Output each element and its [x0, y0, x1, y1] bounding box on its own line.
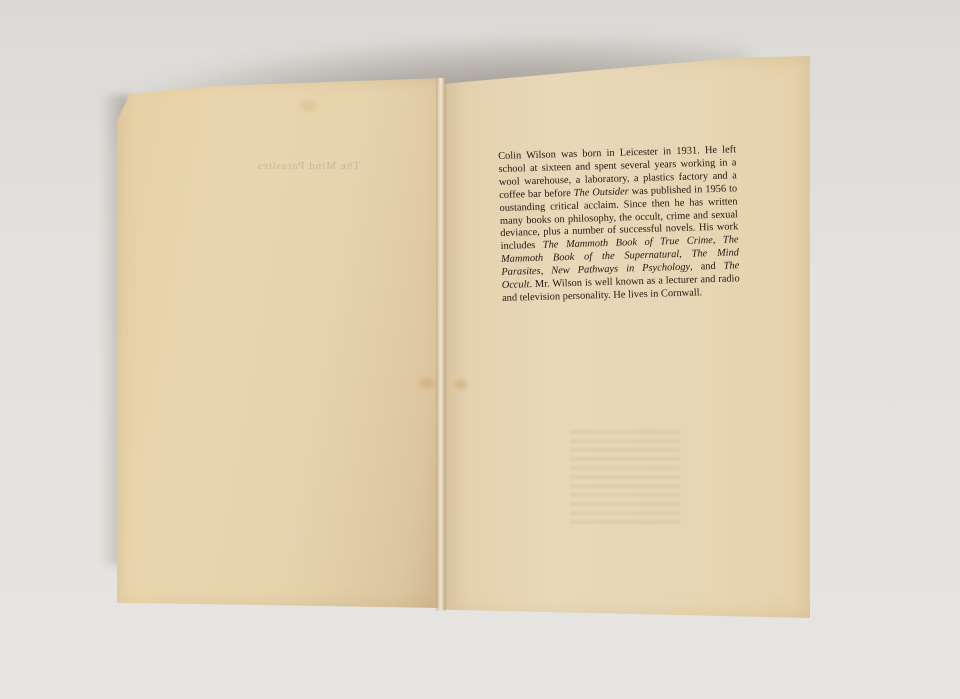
- show-through-title: The Mind Parasites: [210, 160, 360, 172]
- foxing-stain: [300, 100, 318, 112]
- show-through-text-block: [570, 430, 680, 525]
- book-spine-crease: [436, 78, 446, 611]
- bio-text: , and: [690, 261, 724, 273]
- bio-text: ,: [540, 266, 551, 277]
- bio-text: ,: [679, 249, 692, 260]
- bio-text: . Mr. Wilson is well known as a lecturer…: [502, 273, 740, 304]
- right-page: [440, 56, 810, 618]
- foxing-stain: [420, 378, 434, 388]
- foxing-stain: [455, 380, 467, 389]
- author-bio: Colin Wilson was born in Leicester in 19…: [498, 144, 740, 305]
- left-page: [117, 78, 444, 608]
- bio-book-title: The Outsider: [574, 186, 629, 199]
